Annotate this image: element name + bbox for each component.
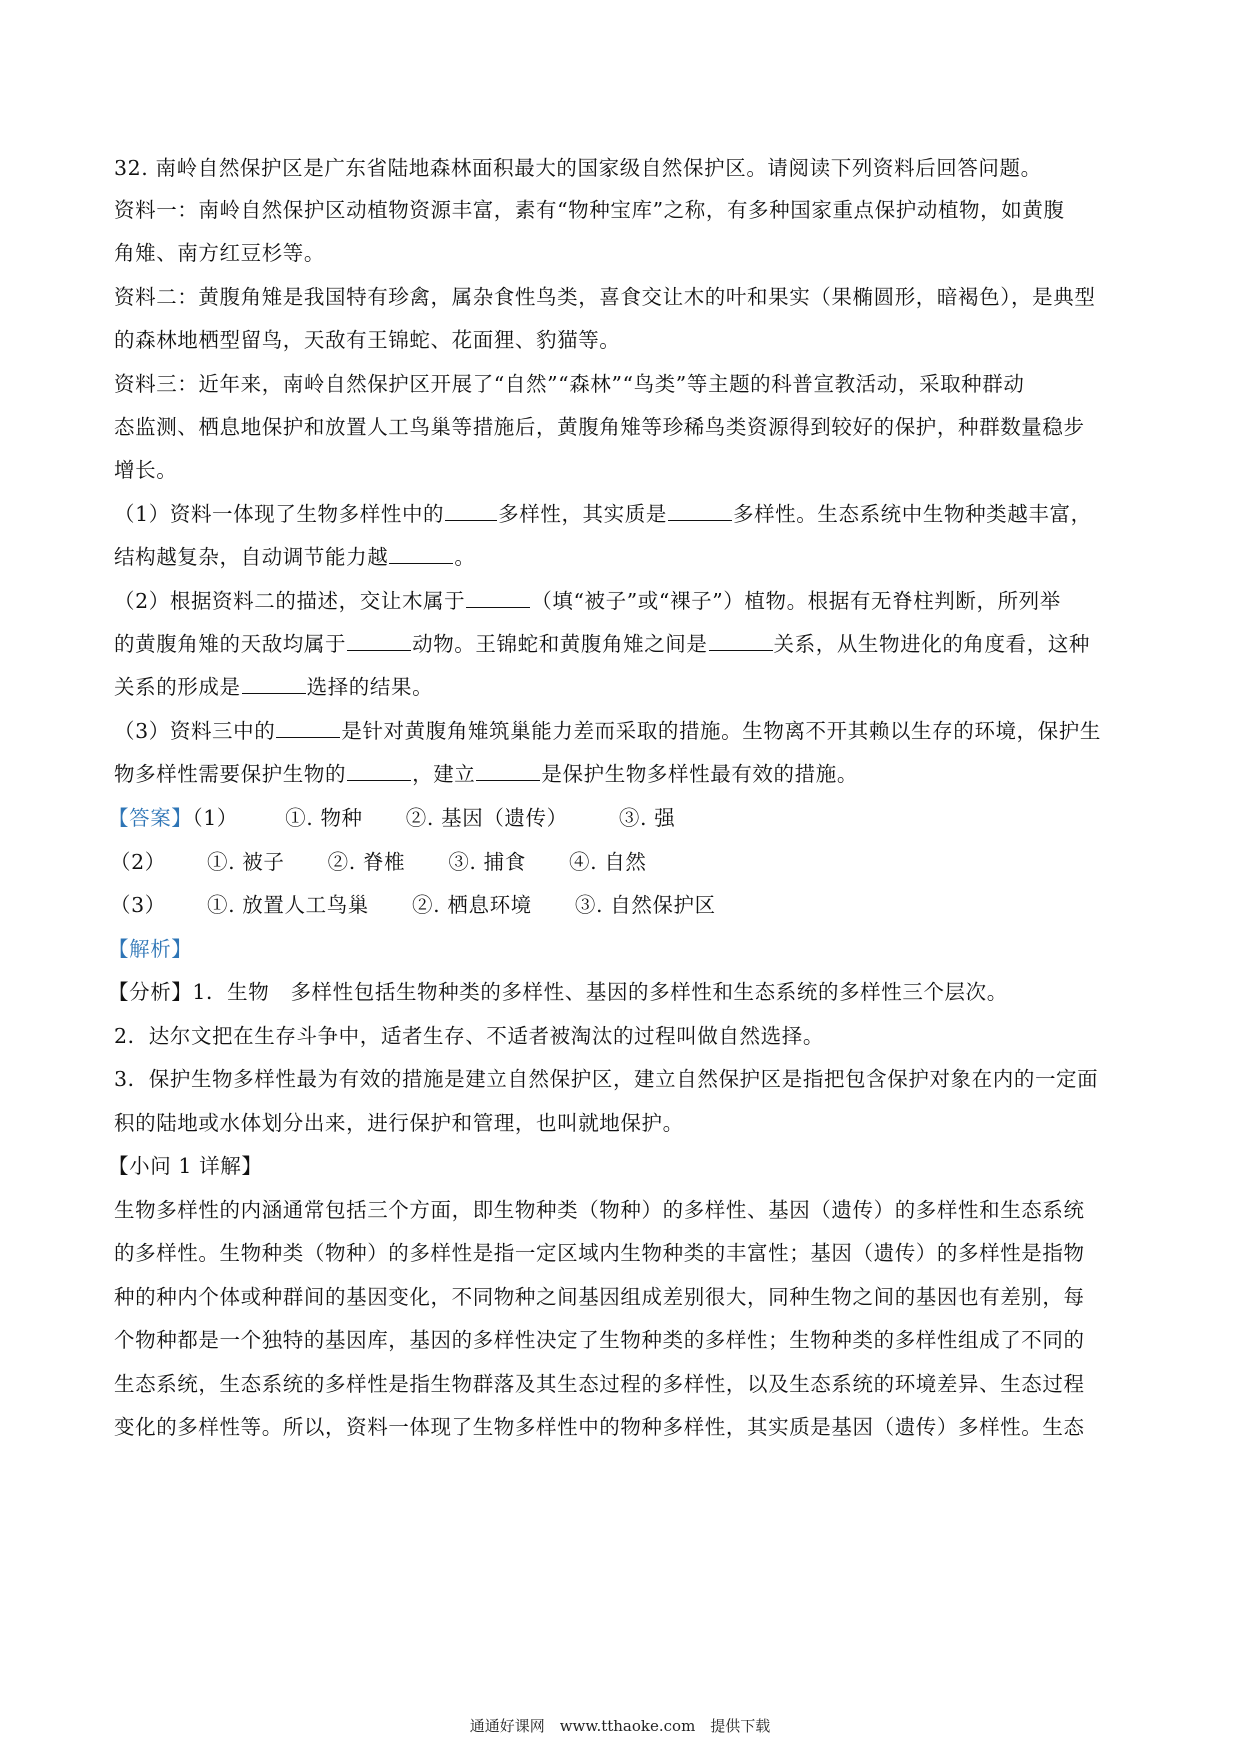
text: 动物。王锦蛇和黄腹角雉之间是 <box>412 632 707 656</box>
detail-line-6: 变化的多样性等。所以，资料一体现了生物多样性中的物种多样性，其实质是基因（遗传）… <box>114 1413 1085 1441</box>
text: 的黄腹角雉的天敌均属于 <box>114 632 346 656</box>
answer-item: ③. 捕食 <box>448 850 526 874</box>
answer-blank <box>466 587 530 608</box>
text: 多样性。生态系统中生物种类越丰富， <box>733 502 1092 526</box>
text: 多样性，其实质是 <box>498 502 667 526</box>
answer-blank <box>709 630 773 651</box>
analysis-line-3: 3．保护生物多样性最为有效的措施是建立自然保护区，建立自然保护区是指把包含保护对… <box>114 1065 1098 1093</box>
analysis-label: 【解析】 <box>108 935 192 963</box>
material-3-line-2: 态监测、栖息地保护和放置人工鸟巢等措施后，黄腹角雉等珍稀鸟类资源得到较好的保护，… <box>114 413 1085 441</box>
answer-item: ①. 被子 <box>207 850 285 874</box>
analysis-line-2: 2．达尔文把在生存斗争中，适者生存、不适者被淘汰的过程叫做自然选择。 <box>114 1022 824 1050</box>
answer-blank <box>347 760 411 781</box>
detail-line-3: 种的种内个体或种群间的基因变化，不同物种之间基因组成差别很大，同种生物之间的基因… <box>114 1283 1085 1311</box>
material-1-line-2: 角雉、南方红豆杉等。 <box>114 239 325 267</box>
answer-row-1: 【答案】（1） ①. 物种 ②. 基因（遗传） ③. 强 <box>108 804 675 832</box>
material-1-line-1: 资料一：南岭自然保护区动植物资源丰富，素有“物种宝库”之称，有多种国家重点保护动… <box>114 196 1065 224</box>
answer-item: ①. 放置人工鸟巢 <box>207 893 369 917</box>
sub-question-2-line-2: 的黄腹角雉的天敌均属于动物。王锦蛇和黄腹角雉之间是关系，从生物进化的角度看，这种 <box>114 630 1090 658</box>
sub-question-3-line-1: （3）资料三中的是针对黄腹角雉筑巢能力差而采取的措施。生物离不开其赖以生存的环境… <box>114 717 1101 745</box>
sub-question-1-line-1: （1）资料一体现了生物多样性中的多样性，其实质是多样性。生态系统中生物种类越丰富… <box>114 500 1092 528</box>
text: 选择的结果。 <box>307 675 434 699</box>
analysis-line-4: 积的陆地或水体划分出来，进行保护和管理，也叫就地保护。 <box>114 1109 684 1137</box>
answer-item: ③. 强 <box>619 806 675 830</box>
text: （2）根据资料二的描述，交让木属于 <box>114 589 465 613</box>
answer-part: （3） <box>110 893 166 917</box>
answer-blank <box>445 500 497 521</box>
question-stem-text: 南岭自然保护区是广东省陆地森林面积最大的国家级自然保护区。请阅读下列资料后回答问… <box>156 156 1042 180</box>
text: （填“被子”或“裸子”）植物。根据有无脊柱判断，所列举 <box>531 589 1061 613</box>
material-2-line-1: 资料二：黄腹角雉是我国特有珍禽，属杂食性鸟类，喜食交让木的叶和果实（果椭圆形，暗… <box>114 283 1095 311</box>
text: 结构越复杂，自动调节能力越 <box>114 545 388 569</box>
analysis-line-1: 【分析】1．生物 多样性包括生物种类的多样性、基因的多样性和生态系统的多样性三个… <box>108 978 1008 1006</box>
text: （3）资料三中的 <box>114 719 275 743</box>
sub-question-2-line-3: 关系的形成是选择的结果。 <box>114 673 433 701</box>
sub-question-1-line-2: 结构越复杂，自动调节能力越。 <box>114 543 475 571</box>
question-stem: 32. 南岭自然保护区是广东省陆地森林面积最大的国家级自然保护区。请阅读下列资料… <box>114 154 1042 182</box>
detail-line-4: 个物种都是一个独特的基因库，基因的多样性决定了生物种类的多样性；生物种类的多样性… <box>114 1326 1085 1354</box>
question-number: 32. <box>114 156 148 180</box>
sub-question-3-line-2: 物多样性需要保护生物的，建立是保护生物多样性最有效的措施。 <box>114 760 858 788</box>
answer-blank <box>242 673 306 694</box>
answer-row-3: （3） ①. 放置人工鸟巢 ②. 栖息环境 ③. 自然保护区 <box>110 891 716 919</box>
answer-item: ①. 物种 <box>285 806 363 830</box>
answer-blank <box>668 500 732 521</box>
answer-item: ③. 自然保护区 <box>575 893 716 917</box>
text: 。 <box>454 545 475 569</box>
text: 关系，从生物进化的角度看，这种 <box>774 632 1091 656</box>
answer-item: ②. 基因（遗传） <box>406 806 568 830</box>
answer-blank <box>276 717 340 738</box>
answer-item: ④. 自然 <box>569 850 647 874</box>
answer-item: ②. 脊椎 <box>328 850 406 874</box>
material-2-line-2: 的森林地栖型留鸟，天敌有王锦蛇、花面狸、豹猫等。 <box>114 326 620 354</box>
detail-heading: 【小问 1 详解】 <box>108 1152 262 1180</box>
answer-row-2: （2） ①. 被子 ②. 脊椎 ③. 捕食 ④. 自然 <box>110 848 647 876</box>
answer-blank <box>347 630 411 651</box>
detail-line-1: 生物多样性的内涵通常包括三个方面，即生物种类（物种）的多样性、基因（遗传）的多样… <box>114 1196 1085 1224</box>
page-footer: 通通好课网 www.tthaoke.com 提供下载 <box>0 1716 1240 1736</box>
sub-question-2-line-1: （2）根据资料二的描述，交让木属于（填“被子”或“裸子”）植物。根据有无脊柱判断… <box>114 587 1061 615</box>
answer-blank <box>389 543 453 564</box>
text: 是保护生物多样性最有效的措施。 <box>541 762 858 786</box>
text: 物多样性需要保护生物的 <box>114 762 346 786</box>
answer-item: ②. 栖息环境 <box>412 893 532 917</box>
text: ，建立 <box>412 762 475 786</box>
answer-part: （2） <box>110 850 166 874</box>
text: 关系的形成是 <box>114 675 241 699</box>
detail-line-5: 生态系统，生态系统的多样性是指生物群落及其生态过程的多样性，以及生态系统的环境差… <box>114 1370 1085 1398</box>
answer-part: （1） <box>192 806 238 830</box>
material-3-line-3: 增长。 <box>114 456 177 484</box>
answer-label: 【答案】 <box>108 806 192 830</box>
answer-blank <box>476 760 540 781</box>
material-3-line-1: 资料三：近年来，南岭自然保护区开展了“自然”“森林”“鸟类”等主题的科普宣教活动… <box>114 370 1024 398</box>
text: （1）资料一体现了生物多样性中的 <box>114 502 444 526</box>
document-page: 32. 南岭自然保护区是广东省陆地森林面积最大的国家级自然保护区。请阅读下列资料… <box>0 0 1240 1754</box>
text: 是针对黄腹角雉筑巢能力差而采取的措施。生物离不开其赖以生存的环境，保护生 <box>341 719 1101 743</box>
detail-line-2: 的多样性。生物种类（物种）的多样性是指一定区域内生物种类的丰富性；基因（遗传）的… <box>114 1239 1085 1267</box>
